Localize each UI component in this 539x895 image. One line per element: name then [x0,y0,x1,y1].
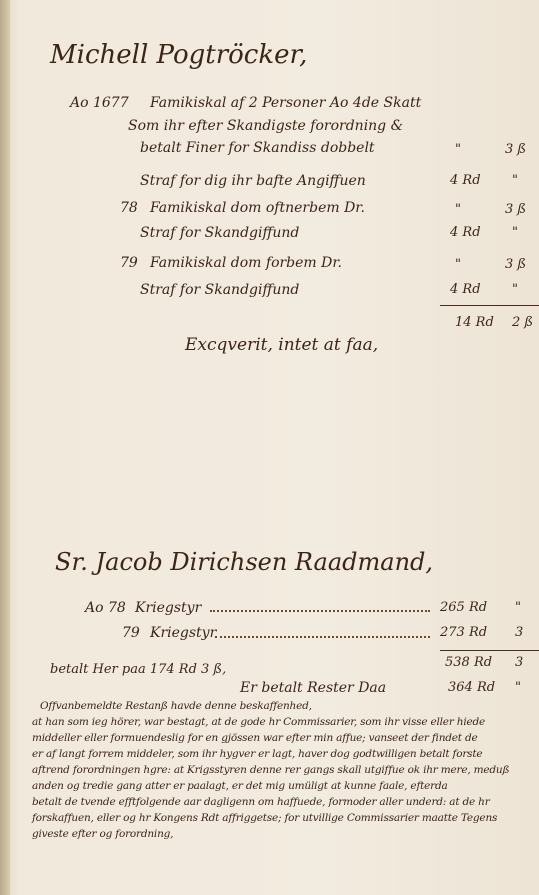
entry-text: Famikiskal dom oftnerbem Dr. [150,200,365,216]
section2-heading: Sr. Jacob Dirichsen Raadmand, [55,548,433,576]
entry-year: 78 [120,200,138,216]
rest-amount: 364 Rd [448,680,495,695]
amount-rd: " [455,257,461,272]
paragraph-line: at han som ieg hörer, war bestagt, at de… [32,716,485,728]
section1-heading: Michell Pogtröcker, [50,40,307,70]
amount-s: 3 ß [505,202,526,217]
amount-s: 3 ß [505,257,526,272]
entry-year: Ao 78 [85,600,126,616]
section1-note: Excqverit, intet at faa, [185,335,378,355]
total-s: 2 ß [512,315,533,330]
paragraph-line: betalt de tvende efftfolgende aar daglig… [32,796,490,808]
amount-rd: 4 Rd [450,225,481,240]
amount-s: 3 [515,625,523,640]
manuscript-page: Michell Pogtröcker, Ao 1677 Famikiskal a… [0,0,539,895]
total-s: 3 [515,655,523,670]
amount-rd: 4 Rd [450,282,481,297]
entry-year: 79 [122,625,140,641]
paragraph-line: Offvanbemeldte Restanß havde denne beska… [40,700,312,712]
rest-label: Er betalt Rester Daa [240,680,386,696]
total-rd: 14 Rd [455,315,494,330]
rest-s: " [515,680,521,695]
amount-rd: 4 Rd [450,173,481,188]
paragraph-line: anden og tredie gang atter er paalagt, e… [32,780,448,792]
entry-text: Famikiskal dom forbem Dr. [150,255,342,271]
sum-rule [440,305,539,306]
paragraph-line: aftrend forordningen hgre: at Krigsstyre… [32,764,509,776]
entry-year: 79 [120,255,138,271]
leader-dots [210,610,430,612]
amount-s: " [512,282,518,297]
entry-text: Kriegstyr [135,600,201,616]
entry-text: Straf for dig ihr bafte Angiffuen [140,173,366,189]
amount: 265 Rd [440,600,487,615]
paragraph-line: forskaffuen, eller og hr Kongens Rdt aff… [32,812,497,824]
entry-text: betalt Finer for Skandiss dobbelt [140,140,375,156]
entry-text: Famikiskal af 2 Personer Ao 4de Skatt [150,95,421,111]
entry-text: Straf for Skandgiffund [140,225,299,241]
amount-rd: " [455,142,461,157]
entry-text: Straf for Skandgiffund [140,282,299,298]
amount-s: " [512,225,518,240]
entry-year: Ao 1677 [70,95,129,111]
paragraph-line: giveste efter og forordning, [32,828,173,840]
paragraph-line: er af langt forrem middeler, som ihr hyg… [32,748,482,760]
leader-dots [215,636,430,638]
binding-gutter [0,0,10,895]
amount-s: " [512,173,518,188]
paragraph-line: middeller eller formuendeslig for en gjö… [32,732,478,744]
amount-rd: " [455,202,461,217]
entry-text: Kriegstyr [150,625,216,641]
amount-s: " [515,600,521,615]
amount-s: 3 ß [505,142,526,157]
amount: 273 Rd [440,625,487,640]
sum-rule [440,650,539,651]
paid-line: betalt Her paa 174 Rd 3 ß, [50,662,226,677]
total: 538 Rd [445,655,492,670]
entry-text: Som ihr efter Skandigste forordning & [128,118,403,134]
